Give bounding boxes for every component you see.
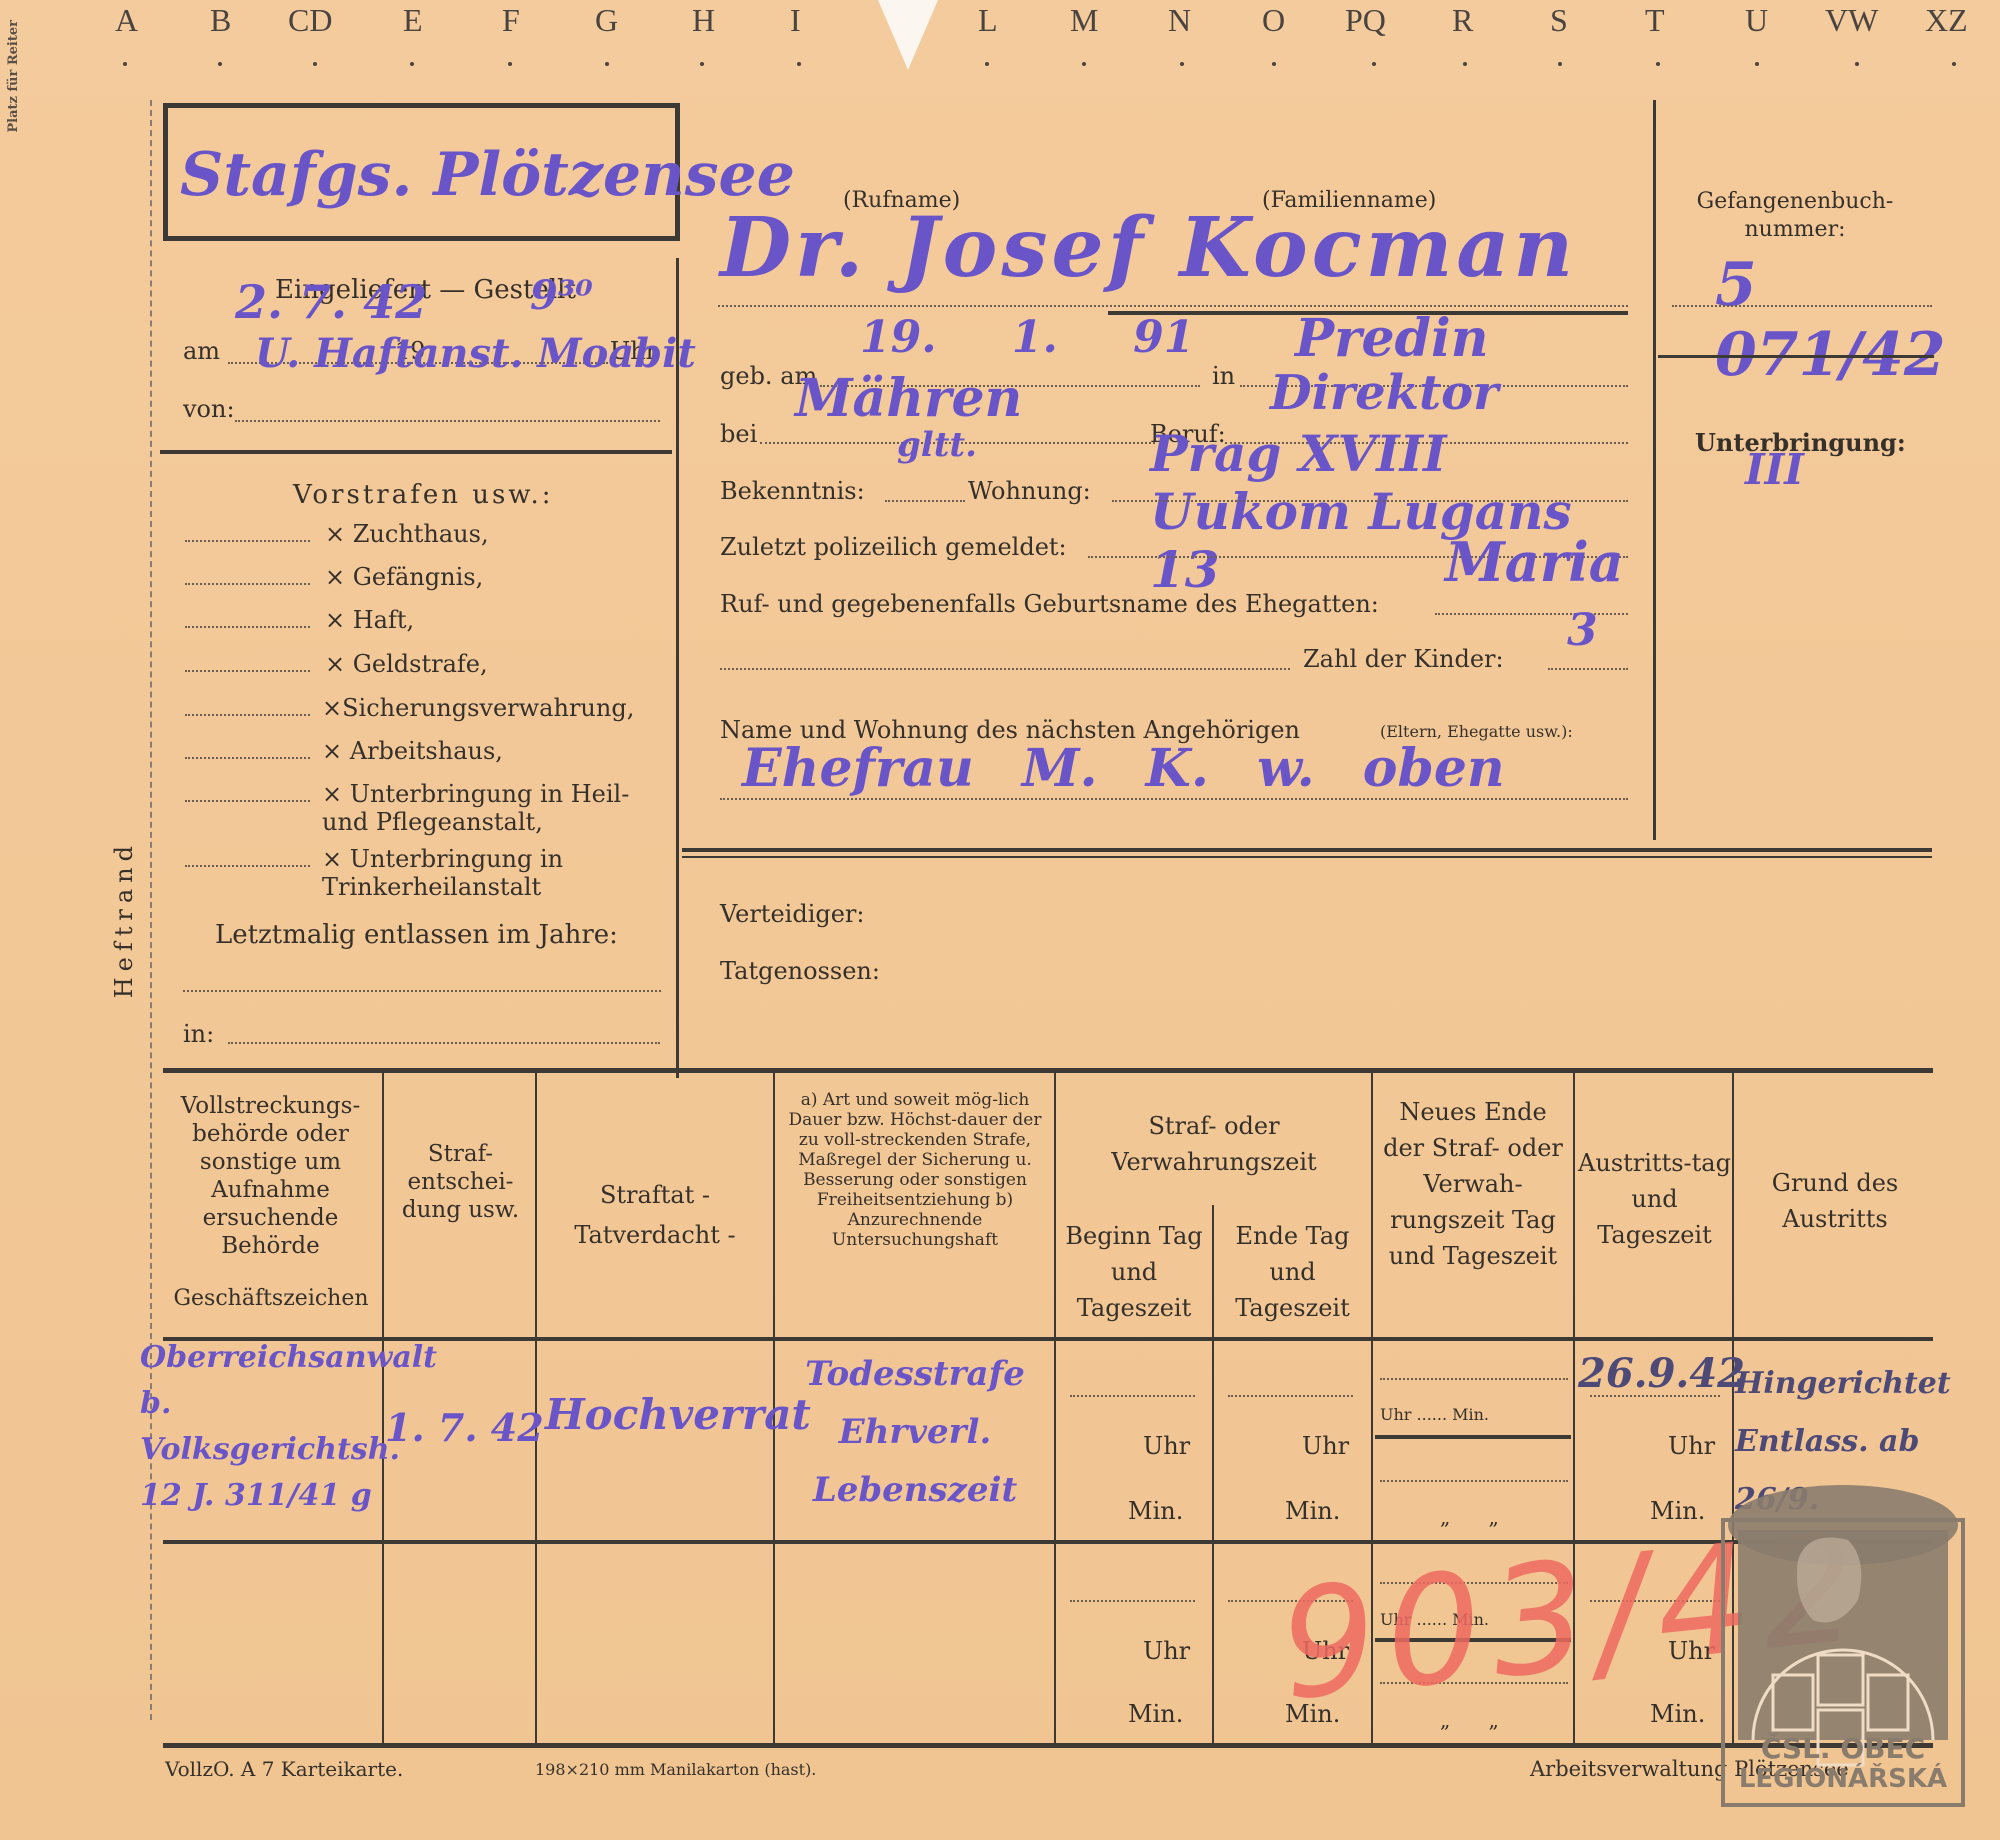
table-col-divider [1054, 1073, 1056, 1743]
row1-ditto: „ „ [1440, 1505, 1499, 1529]
row1-beginn-min: Min. [1128, 1497, 1183, 1525]
kinder-label: Zahl der Kinder: [1303, 645, 1504, 673]
institution-value: Stafgs. Plötzensee [180, 140, 795, 210]
index-letter: B [210, 2, 231, 39]
index-notch [878, 0, 938, 70]
kinder-field-line [1548, 668, 1628, 670]
vorstrafe-line [185, 714, 310, 716]
bei-label: bei [720, 420, 757, 448]
index-letter: F [502, 2, 520, 39]
header-entscheidung: Straf-entschei-dung usw. [388, 1140, 533, 1224]
name-field-line [718, 305, 1628, 307]
book-number-line [1672, 305, 1932, 307]
vorstrafe-item: × Haft, [325, 606, 414, 634]
index-letter: M [1070, 2, 1098, 39]
index-letter: CD [288, 2, 332, 39]
vorstrafe-line [185, 626, 310, 628]
bekenntnis-field-line [885, 500, 965, 502]
entlassen-in-line [228, 1042, 660, 1044]
row2-beginn-min: Min. [1128, 1700, 1183, 1728]
row1-behoerde: Oberreichsanwalt b. Volksgerichtsh. 12 J… [140, 1335, 400, 1519]
person-bottom-rule [682, 848, 1932, 852]
index-letter: A [115, 2, 138, 39]
row1-neues-ende-uhrmin: Uhr ...... Min. [1380, 1405, 1489, 1424]
vorstrafe-line [185, 583, 310, 585]
header-beginn: Beginn Tag und Tageszeit [1058, 1218, 1210, 1326]
index-letter: XZ [1925, 2, 1968, 39]
table-col-divider [1212, 1205, 1214, 1743]
table-top-rule [163, 1068, 1933, 1073]
index-letter: VW [1825, 2, 1878, 39]
index-letter: L [978, 2, 998, 39]
index-letter: S [1550, 2, 1568, 39]
header-behoerde: Vollstreckungs-behörde oder sonstige um … [163, 1092, 378, 1260]
index-letter: PQ [1345, 2, 1386, 39]
vorstrafe-item: × Unterbringung in Trinkerheilanstalt [322, 845, 652, 901]
side-label-top: Platz für Reiter [6, 20, 21, 133]
in-label: in [1212, 362, 1235, 390]
vorstrafe-item: × Arbeitshaus, [322, 737, 503, 765]
intake-time-value: 9³⁰ [530, 272, 593, 319]
bekenntnis-label: Bekenntnis: [720, 477, 865, 505]
heftrand-label: Heftrand [110, 840, 138, 998]
entlassen-label: Letztmalig entlassen im Jahre: [215, 920, 618, 950]
unterbringung-value: III [1745, 445, 1804, 494]
wohnung-field-line [1112, 500, 1628, 502]
index-letter: U [1745, 2, 1768, 39]
row1-austritt-uhr: Uhr [1668, 1432, 1715, 1460]
stamp-line1: ČSL. OBEC [1733, 1732, 1953, 1765]
ehegatte-value: Maria [1445, 530, 1624, 594]
angehoerige-value: Ehefrau M. K. w. oben [742, 738, 1505, 799]
row1-entscheidung: 1. 7. 42 [385, 1405, 544, 1450]
vorstrafe-line [185, 757, 310, 759]
entlassen-year-line [183, 990, 661, 992]
index-letter: R [1452, 2, 1473, 39]
header-grund: Grund des Austritts [1740, 1165, 1930, 1237]
row1-beginn-date-line [1070, 1395, 1195, 1397]
header-austrittstag: Austritts-tag und Tageszeit [1577, 1145, 1732, 1253]
header-neues-ende: Neues Ende der Straf- oder Verwah-rungsz… [1375, 1094, 1571, 1274]
row2-austritt-min: Min. [1650, 1700, 1705, 1728]
name-value: Dr. Josef Kocman [720, 200, 1577, 296]
bei-value: Mähren [795, 368, 1022, 429]
vorstrafe-line [185, 670, 310, 672]
am-label: am [183, 337, 220, 365]
vorstrafe-item: × Geldstrafe, [325, 650, 488, 678]
form-material: 198×210 mm Manilakarton (hast). [535, 1760, 816, 1779]
vorstrafen-heading: Vorstrafen usw.: [293, 480, 554, 510]
row2-beginn-date-line [1070, 1600, 1195, 1602]
header-art: a) Art und soweit mög-lich Dauer bzw. Hö… [780, 1090, 1050, 1250]
table-bottom-rule [163, 1743, 1933, 1748]
row1-ende-date-line [1228, 1395, 1353, 1397]
form-id: VollzO. A 7 Karteikarte. [165, 1757, 403, 1781]
gemeldet-label: Zuletzt polizeilich gemeldet: [720, 533, 1067, 561]
row1-beginn-uhr: Uhr [1143, 1432, 1190, 1460]
intake-date-value: 2. 7. 42 [235, 275, 427, 329]
index-letter: O [1262, 2, 1285, 39]
intake-from-value: U. Haftanst. Moabit [255, 330, 696, 377]
index-letter: N [1168, 2, 1191, 39]
row1-art: Todesstrafe Ehrverl. Lebenszeit [790, 1345, 1040, 1519]
row1-austritt-line [1590, 1395, 1720, 1397]
header-strafzeit: Straf- oder Verwahrungszeit [1058, 1108, 1370, 1180]
row1-ende-min: Min. [1285, 1497, 1340, 1525]
stamp-line2: LEGIONÁŘSKÁ [1728, 1764, 1958, 1794]
index-letter: E [403, 2, 423, 39]
index-letter: G [595, 2, 618, 39]
row1-straftat: Hochverrat [545, 1390, 811, 1439]
index-letter: H [692, 2, 715, 39]
intake-bottom-rule [160, 450, 672, 454]
kinder-value: 3 [1567, 605, 1598, 656]
ehegatte-field-line [1435, 613, 1628, 615]
ehegatte-extra-line [720, 668, 1290, 670]
vorstrafe-line [185, 800, 310, 802]
vorstrafe-line [185, 865, 310, 867]
row1-austritt-date: 26.9.42 [1578, 1350, 1745, 1397]
row2-beginn-uhr: Uhr [1143, 1637, 1190, 1665]
beruf-value: Direktor [1270, 365, 1498, 421]
angehoerige-field-line [720, 798, 1628, 800]
book-number-label: Gefangenenbuch-nummer: [1690, 188, 1900, 244]
header-geschaeftszeichen: Geschäftszeichen [160, 1285, 382, 1313]
header-straftat: Straftat - Tatverdacht - [540, 1175, 770, 1255]
row1-neues-ende-line2 [1380, 1480, 1568, 1482]
book-number-value: 5 071/42 [1715, 250, 2000, 390]
ehegatte-label: Ruf- und gegebenenfalls Geburtsname des … [720, 590, 1379, 618]
vorstrafe-line [185, 540, 310, 542]
header-ende: Ende Tag und Tageszeit [1215, 1218, 1370, 1326]
von-field-line [235, 420, 660, 422]
left-column-divider [676, 258, 679, 1078]
row1-neues-ende-line [1380, 1378, 1568, 1380]
legion-watermark-stamp: ČSL. OBEC LEGIONÁŘSKÁ [1718, 1470, 1968, 1810]
bekenntnis-value: gltt. [897, 425, 977, 465]
vorstrafe-item: × Gefängnis, [325, 563, 483, 591]
birth-place-value: Predin [1295, 308, 1489, 369]
vorstrafe-item: × Zuchthaus, [325, 520, 489, 548]
person-bottom-rule-thin [682, 856, 1932, 858]
tatgenossen-label: Tatgenossen: [720, 957, 880, 985]
birth-date-value: 19. 1. 91 [860, 312, 1194, 363]
wohnung-label: Wohnung: [968, 477, 1091, 505]
index-letter: I [790, 2, 801, 39]
verteidiger-label: Verteidiger: [720, 900, 865, 928]
row1-neues-ende-rule [1375, 1435, 1571, 1439]
right-column-divider [1653, 100, 1656, 840]
von-label: von: [183, 395, 235, 423]
row1-ende-uhr: Uhr [1302, 1432, 1349, 1460]
index-letter: T [1645, 2, 1665, 39]
vorstrafe-item: ×Sicherungsverwahrung, [322, 694, 634, 722]
vorstrafe-item: × Unterbringung in Heil- und Pflegeansta… [322, 780, 672, 836]
prisoner-index-card: Platz für Reiter Heftrand A B CD E F G H… [0, 0, 2000, 1840]
book-number-rule [1658, 355, 1934, 358]
entlassen-in-label: in: [183, 1020, 214, 1048]
